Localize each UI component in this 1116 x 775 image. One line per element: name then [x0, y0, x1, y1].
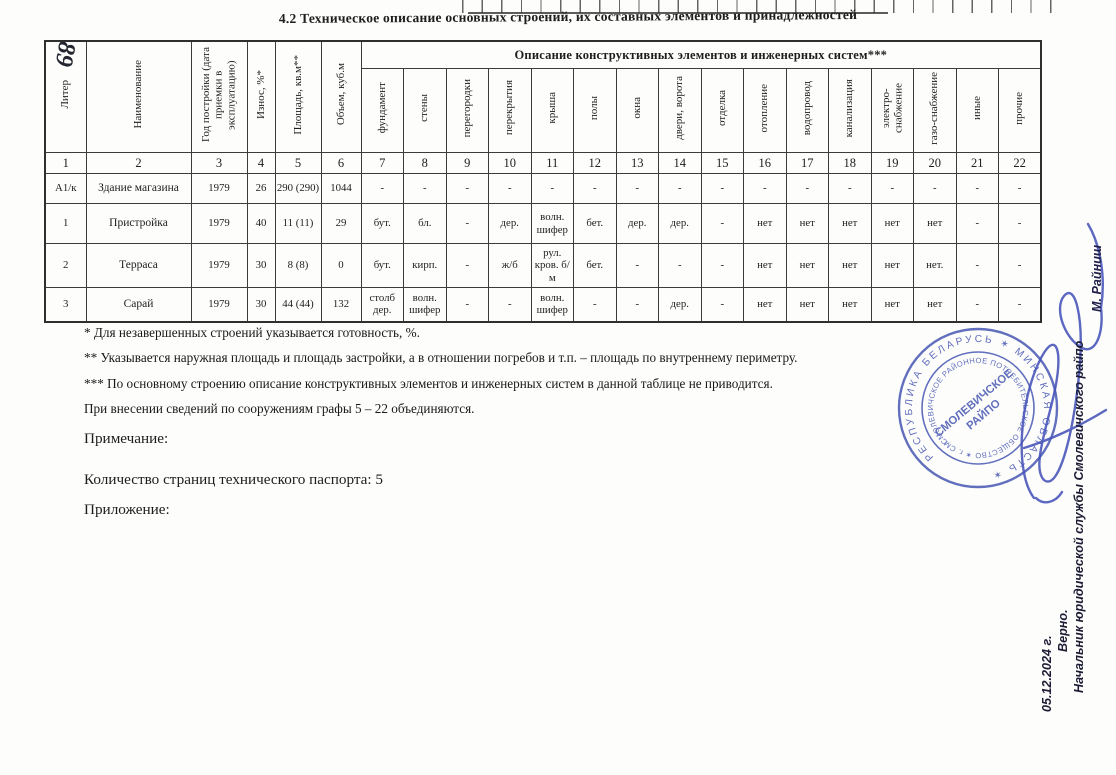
table-cell: ж/б [489, 244, 532, 288]
column-header-label: перегородки [461, 79, 474, 137]
column-header-22: прочие [999, 69, 1042, 153]
table-cell: 1979 [191, 204, 247, 244]
column-header-4: Износ, %* [247, 41, 275, 153]
table-cell: 132 [321, 288, 361, 322]
table-cell: - [999, 174, 1042, 204]
table-row: 1Пристройка19794011 (11)29бут.бл.-дер.во… [45, 204, 1041, 244]
column-number: 13 [616, 153, 659, 174]
table-cell: 1979 [191, 174, 247, 204]
signee-name: М. Райниш [1090, 192, 1104, 312]
table-cell: нет [829, 288, 872, 322]
column-header-6: Объем, куб.м [321, 41, 361, 153]
table-cell: бет. [574, 204, 617, 244]
tech-table: ЛитерНаименованиеГод постройки (дата при… [44, 40, 1042, 323]
column-number: 20 [914, 153, 957, 174]
table-cell: волн. шифер [531, 204, 574, 244]
table-cell: - [956, 174, 999, 204]
column-header-label: отделка [716, 90, 729, 126]
column-header-21: иные [956, 69, 999, 153]
table-cell: столб дер. [361, 288, 404, 322]
table-row: 2Терраса1979308 (8)0бут.кирп.-ж/брул. кр… [45, 244, 1041, 288]
table-cell: нет [786, 244, 829, 288]
table-cell: - [744, 174, 787, 204]
column-header-label: иные [971, 96, 984, 120]
table-cell: 30 [247, 244, 275, 288]
table-cell: - [786, 174, 829, 204]
table-cell: - [914, 174, 957, 204]
table-cell: нет [871, 244, 914, 288]
table-cell: - [829, 174, 872, 204]
column-header-15: отделка [701, 69, 744, 153]
table-cell: Здание магазина [86, 174, 191, 204]
column-header-label: газо­-снабжение [928, 72, 941, 145]
column-number: 10 [489, 153, 532, 174]
column-number: 11 [531, 153, 574, 174]
table-cell: дер. [659, 288, 702, 322]
table-cell: нет [914, 288, 957, 322]
column-header-20: газо­-снабжение [914, 69, 957, 153]
table-cell: 1044 [321, 174, 361, 204]
footnote-4: При внесении сведений по сооружениям гра… [84, 396, 944, 421]
column-header-label: Объем, куб.м [335, 63, 348, 125]
footnote-1: * Для незавершенных строений указывается… [84, 320, 944, 345]
column-number: 12 [574, 153, 617, 174]
column-number: 2 [86, 153, 191, 174]
table-cell: - [956, 204, 999, 244]
table-cell: - [446, 244, 489, 288]
column-header-16: отопление [744, 69, 787, 153]
table-cell: - [489, 288, 532, 322]
column-header-label: Литер [59, 80, 72, 109]
table-cell: 11 (11) [275, 204, 321, 244]
table-cell: бут. [361, 244, 404, 288]
table-cell: бут. [361, 204, 404, 244]
table-cell: 30 [247, 288, 275, 322]
table-cell: - [489, 174, 532, 204]
table-cell: 290 (290) [275, 174, 321, 204]
table-cell: 2 [45, 244, 86, 288]
column-header-9: перегородки [446, 69, 489, 153]
column-number: 9 [446, 153, 489, 174]
table-cell: 1979 [191, 244, 247, 288]
table-cell: - [404, 174, 447, 204]
table-row: 3Сарай19793044 (44)132столб дер.волн. ши… [45, 288, 1041, 322]
column-header-10: перекрытия [489, 69, 532, 153]
table-cell: 1 [45, 204, 86, 244]
table-cell: - [659, 244, 702, 288]
table-cell: нет [829, 204, 872, 244]
column-number: 1 [45, 153, 86, 174]
table-cell: - [531, 174, 574, 204]
column-number: 7 [361, 153, 404, 174]
table-cell: - [701, 204, 744, 244]
table-cell: - [446, 174, 489, 204]
column-number: 14 [659, 153, 702, 174]
table-cell: бл. [404, 204, 447, 244]
table-cell: - [574, 288, 617, 322]
column-header-label: окна [631, 97, 644, 119]
table-cell: - [701, 174, 744, 204]
table-cell: нет [744, 288, 787, 322]
column-header-19: электро­-снабжение [871, 69, 914, 153]
table-cell: - [871, 174, 914, 204]
column-header-label: перекрытия [503, 80, 516, 135]
column-header-12: полы [574, 69, 617, 153]
column-header-label: крыша [546, 92, 559, 124]
table-cell: 26 [247, 174, 275, 204]
table-cell: - [574, 174, 617, 204]
table-cell: волн. шифер [531, 288, 574, 322]
table-cell: А1/к [45, 174, 86, 204]
table-cell: нет [871, 204, 914, 244]
column-number: 6 [321, 153, 361, 174]
table-cell: волн. шифер [404, 288, 447, 322]
column-header-2: Наименование [86, 41, 191, 153]
column-header-label: Год постройки (дата приемки в эксплуатац… [200, 44, 238, 146]
table-cell: нет [914, 204, 957, 244]
column-header-label: Износ, %* [255, 70, 268, 119]
column-header-label: двери, ворота [673, 76, 686, 140]
column-number: 8 [404, 153, 447, 174]
certification-date: 05.12.2024 г. [1040, 612, 1054, 712]
pages-count-line: Количество страниц технического паспорта… [84, 471, 383, 489]
column-header-label: водопровод [801, 81, 814, 135]
table-cell: рул. кров. б/м [531, 244, 574, 288]
column-number: 15 [701, 153, 744, 174]
table-cell: Пристройка [86, 204, 191, 244]
table-cell: - [616, 288, 659, 322]
column-header-1: Литер [45, 41, 86, 153]
table-cell: дер. [489, 204, 532, 244]
column-number: 19 [871, 153, 914, 174]
column-header-13: окна [616, 69, 659, 153]
attachment-label: Приложение: [84, 501, 170, 519]
column-header-5: Площадь, кв.м** [275, 41, 321, 153]
table-cell: нет [786, 204, 829, 244]
table-cell: 8 (8) [275, 244, 321, 288]
column-number: 3 [191, 153, 247, 174]
column-header-11: крыша [531, 69, 574, 153]
column-header-label: полы [588, 96, 601, 120]
column-number: 17 [786, 153, 829, 174]
table-cell: 0 [321, 244, 361, 288]
table-cell: - [446, 204, 489, 244]
table-cell: - [361, 174, 404, 204]
table-cell: - [956, 244, 999, 288]
table-cell: дер. [659, 204, 702, 244]
section-title: 4.2 Техническое описание основных строен… [236, 7, 900, 28]
table-cell: нет [871, 288, 914, 322]
column-header-18: канализация [829, 69, 872, 153]
table-cell: нет. [914, 244, 957, 288]
column-number: 4 [247, 153, 275, 174]
scanned-document-page: 4.2 Техническое описание основных строен… [0, 0, 1116, 775]
table-cell: бет. [574, 244, 617, 288]
column-header-label: стены [418, 94, 431, 122]
table-cell: - [616, 174, 659, 204]
table-cell: нет [786, 288, 829, 322]
column-number: 5 [275, 153, 321, 174]
table-cell: нет [744, 244, 787, 288]
column-number: 22 [999, 153, 1042, 174]
table-cell: дер. [616, 204, 659, 244]
table-cell: нет [829, 244, 872, 288]
column-header-7: фундамент [361, 69, 404, 153]
table-cell: 3 [45, 288, 86, 322]
certified-true-label: Верно. [1056, 608, 1070, 652]
column-number: 16 [744, 153, 787, 174]
table-cell: - [446, 288, 489, 322]
table-cell: Сарай [86, 288, 191, 322]
column-header-label: Наименование [132, 60, 145, 129]
column-header-label: электро­-снабжение [880, 70, 905, 146]
column-header-label: фундамент [376, 82, 389, 133]
column-number: 18 [829, 153, 872, 174]
table-cell: - [956, 288, 999, 322]
constructive-elements-span-header: Описание конструктивных элементов и инже… [361, 41, 1041, 69]
table-cell: - [701, 244, 744, 288]
table-cell: 1979 [191, 288, 247, 322]
column-header-3: Год постройки (дата приемки в эксплуатац… [191, 41, 247, 153]
table-cell: 44 (44) [275, 288, 321, 322]
column-header-8: стены [404, 69, 447, 153]
table-cell: - [659, 174, 702, 204]
column-header-14: двери, ворота [659, 69, 702, 153]
table-cell: - [616, 244, 659, 288]
column-number: 21 [956, 153, 999, 174]
table-cell: Терраса [86, 244, 191, 288]
table-row: А1/кЗдание магазина197926290 (290)1044--… [45, 174, 1041, 204]
column-header-17: водопровод [786, 69, 829, 153]
footnotes-block: * Для незавершенных строений указывается… [84, 320, 944, 422]
footnote-2: ** Указывается наружная площадь и площад… [84, 345, 944, 370]
note-label: Примечание: [84, 430, 168, 448]
column-header-label: Площадь, кв.м** [292, 55, 305, 135]
certifier-position: Начальник юридической службы Смолевичско… [1072, 348, 1086, 693]
technical-description-table-wrap: ЛитерНаименованиеГод постройки (дата при… [44, 40, 1042, 323]
footnote-3: *** По основному строению описание конст… [84, 371, 944, 396]
table-cell: кирп. [404, 244, 447, 288]
column-header-label: канализация [843, 79, 856, 137]
column-header-label: прочие [1013, 92, 1026, 125]
column-header-label: отопление [758, 84, 771, 132]
table-cell: 29 [321, 204, 361, 244]
table-cell: - [701, 288, 744, 322]
table-cell: 40 [247, 204, 275, 244]
table-cell: нет [744, 204, 787, 244]
